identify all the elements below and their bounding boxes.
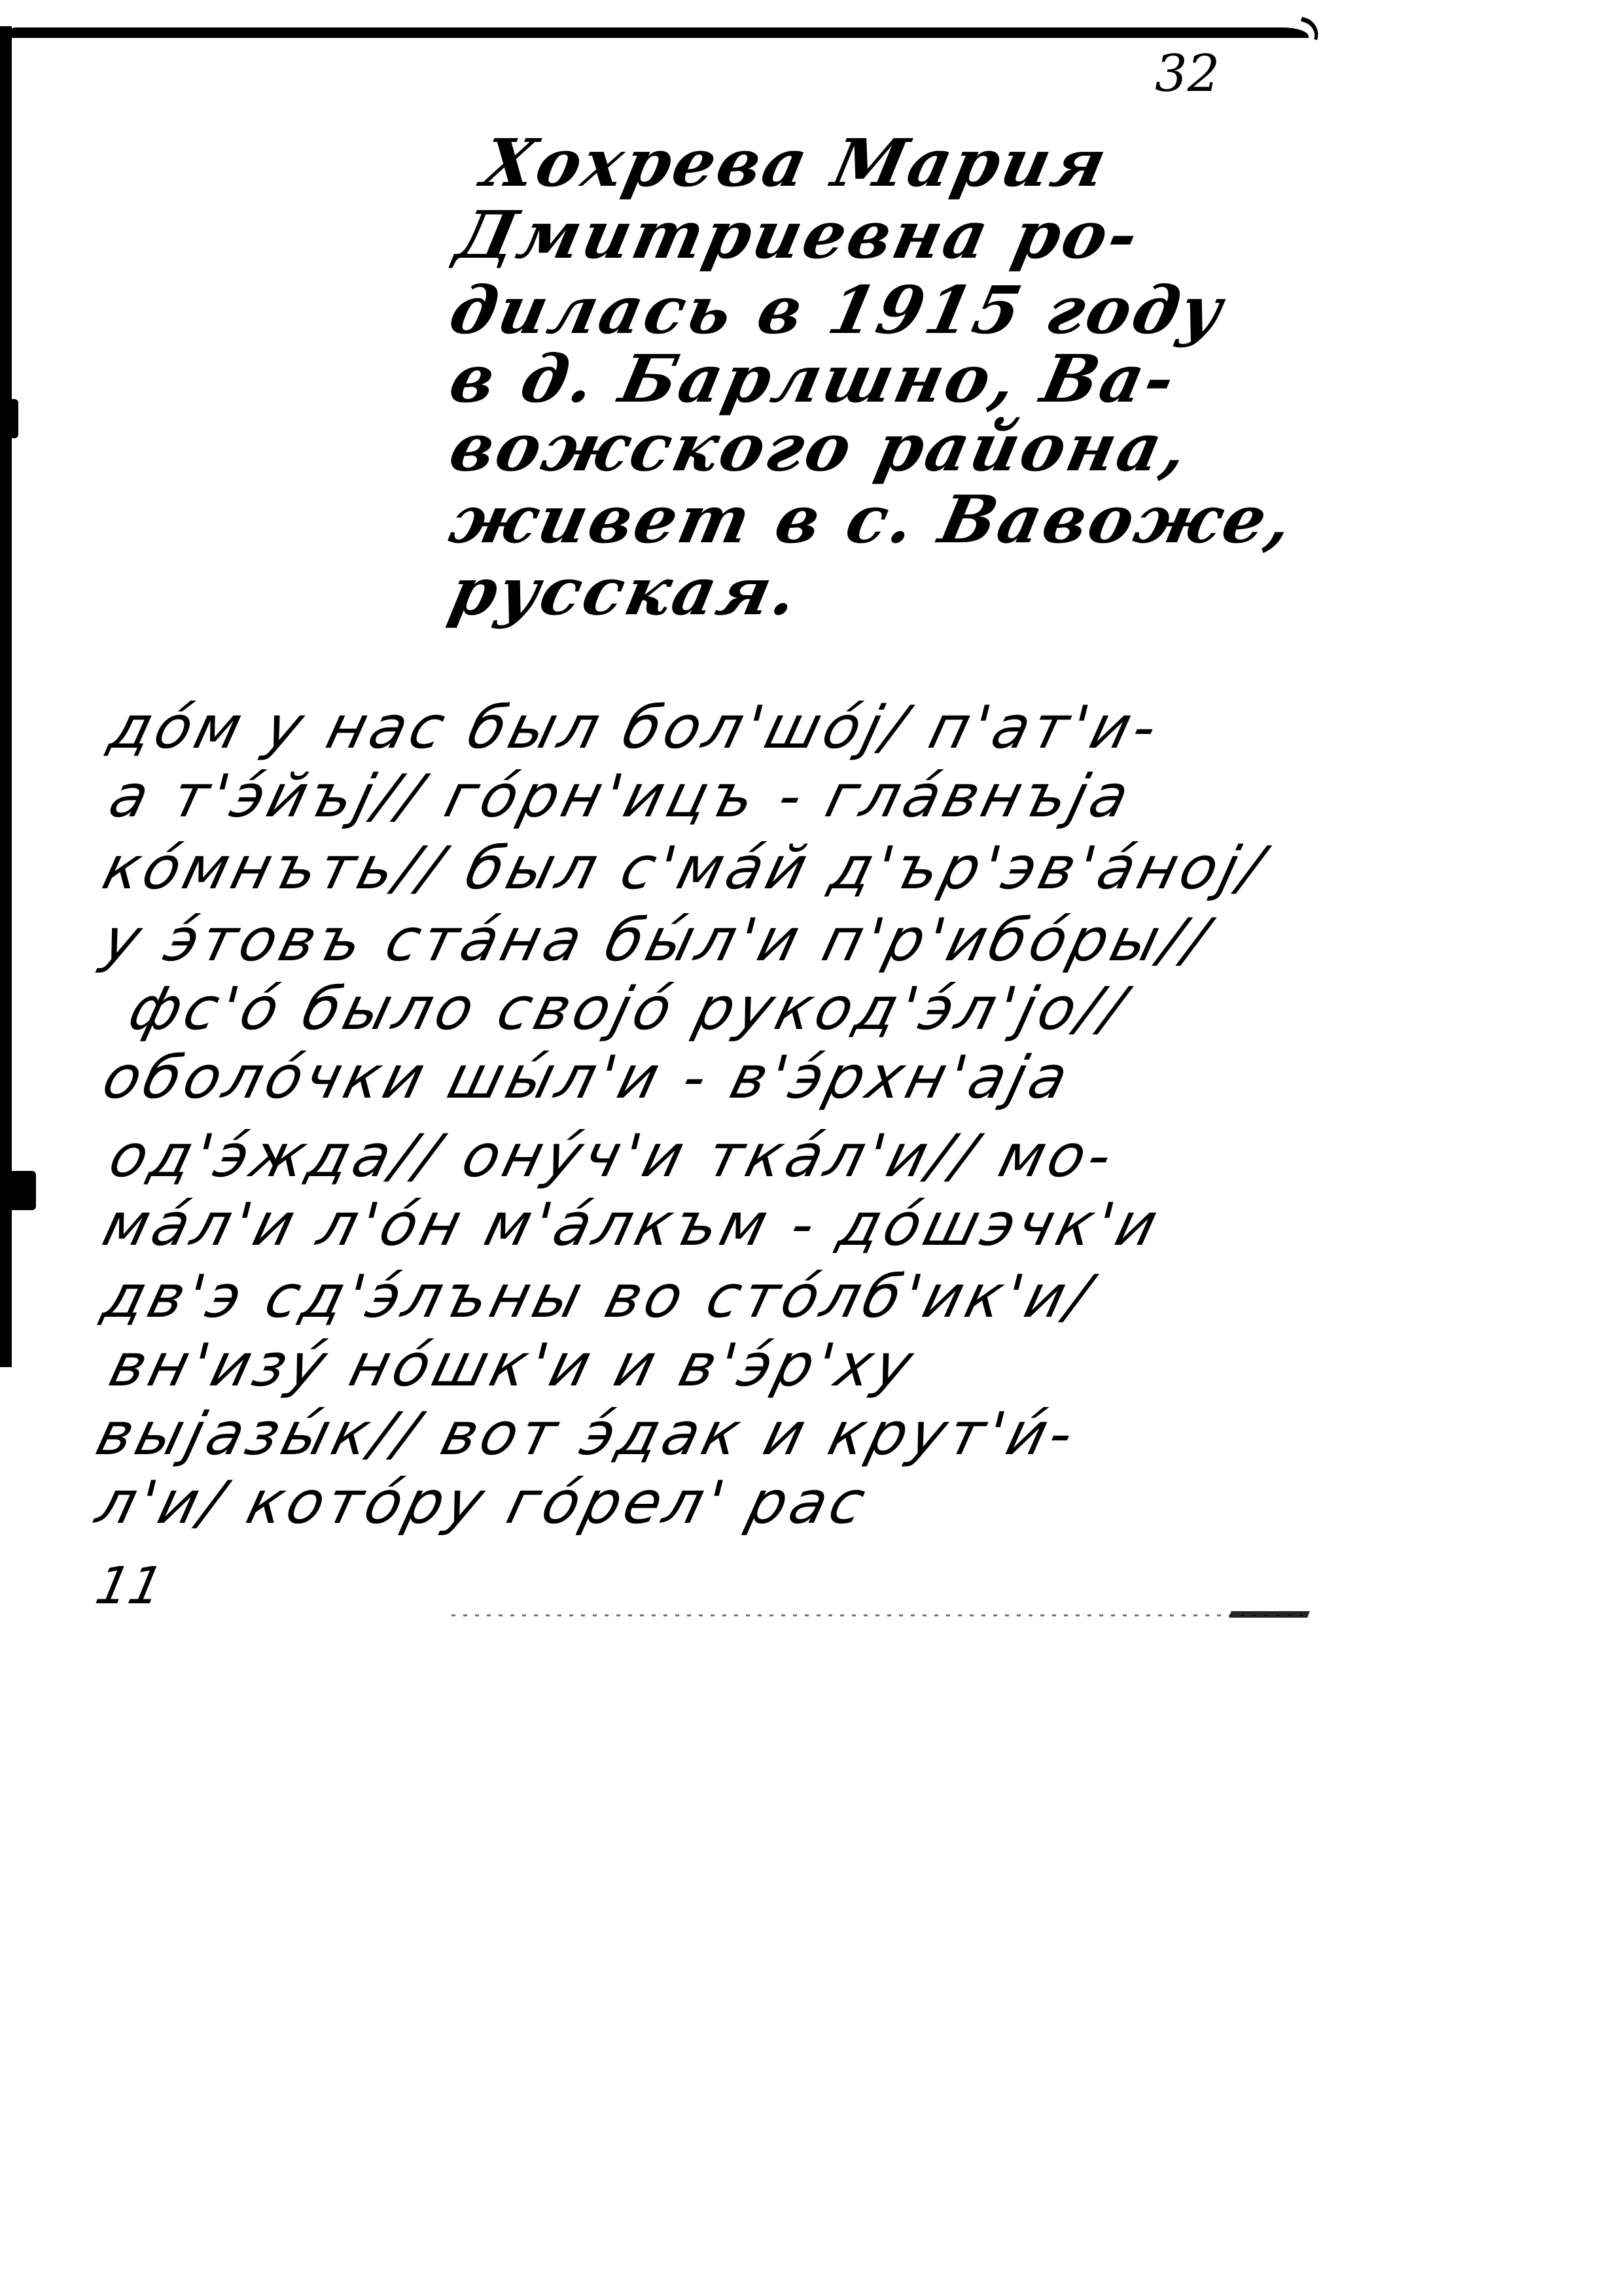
bottom-scan-line [451, 1614, 1309, 1616]
transcription-line: л'и/ кото́ру го́рел' рас [90, 1469, 875, 1537]
header-line: Дмитриевна ро- [450, 196, 1147, 273]
transcription-line: од'э́жда// ону́ч'и тка́л'и// мо- [103, 1122, 1123, 1191]
transcription-line: ма́л'и л'о́н м'а́лкъм - до́шэчк'и [96, 1191, 1168, 1259]
top-border-line [7, 27, 1309, 38]
bottom-scan-mark [1229, 1611, 1310, 1618]
page-number: 32 [1155, 44, 1220, 103]
header-line: живет в с. Вавоже, [443, 481, 1301, 558]
binding-shadow [0, 26, 12, 1367]
transcription-line: до́м у нас был бол'шо́j/ п'ат'и- [103, 693, 1168, 762]
transcription-line: у э́товъ ста́на бы́л'и п'р'ибо́ры// [96, 906, 1218, 975]
binding-blot-bottom [0, 1171, 36, 1210]
header-line: русская. [443, 553, 806, 630]
scanned-page: 32 Хохрева Мария Дмитриевна ро- дилась в… [0, 0, 1607, 2296]
transcription-line: а т'э́йъj// го́рн'ицъ - гла́внъjа [103, 762, 1140, 831]
transcription-line: оболо́чки шы́л'и - в'э́рхн'аjа [96, 1043, 1078, 1112]
transcription-line: дв'э сд'э́лъны во сто́лб'ик'и/ [96, 1262, 1101, 1331]
transcription-line: фс'о́ было своjо́ рукод'э́л'jо// [122, 975, 1135, 1043]
header-line: дилась в 1915 году [443, 271, 1231, 349]
header-line: в д. Барлшно, Ва- [443, 340, 1184, 417]
header-line: Хохрева Мария [476, 124, 1116, 201]
header-line: вожского района, [443, 409, 1197, 486]
transcription-line: выjазы́к// вот э́дак и крут'и́- [90, 1400, 1084, 1469]
transcription-line: вн'изу́ но́шк'и и в'э́р'ху [103, 1331, 923, 1400]
binding-blot-top [0, 399, 18, 438]
footer-number: 11 [90, 1557, 168, 1616]
transcription-line: ко́мнъть// был с'ма́й д'ър'эв'а́ноj/ [96, 834, 1274, 903]
